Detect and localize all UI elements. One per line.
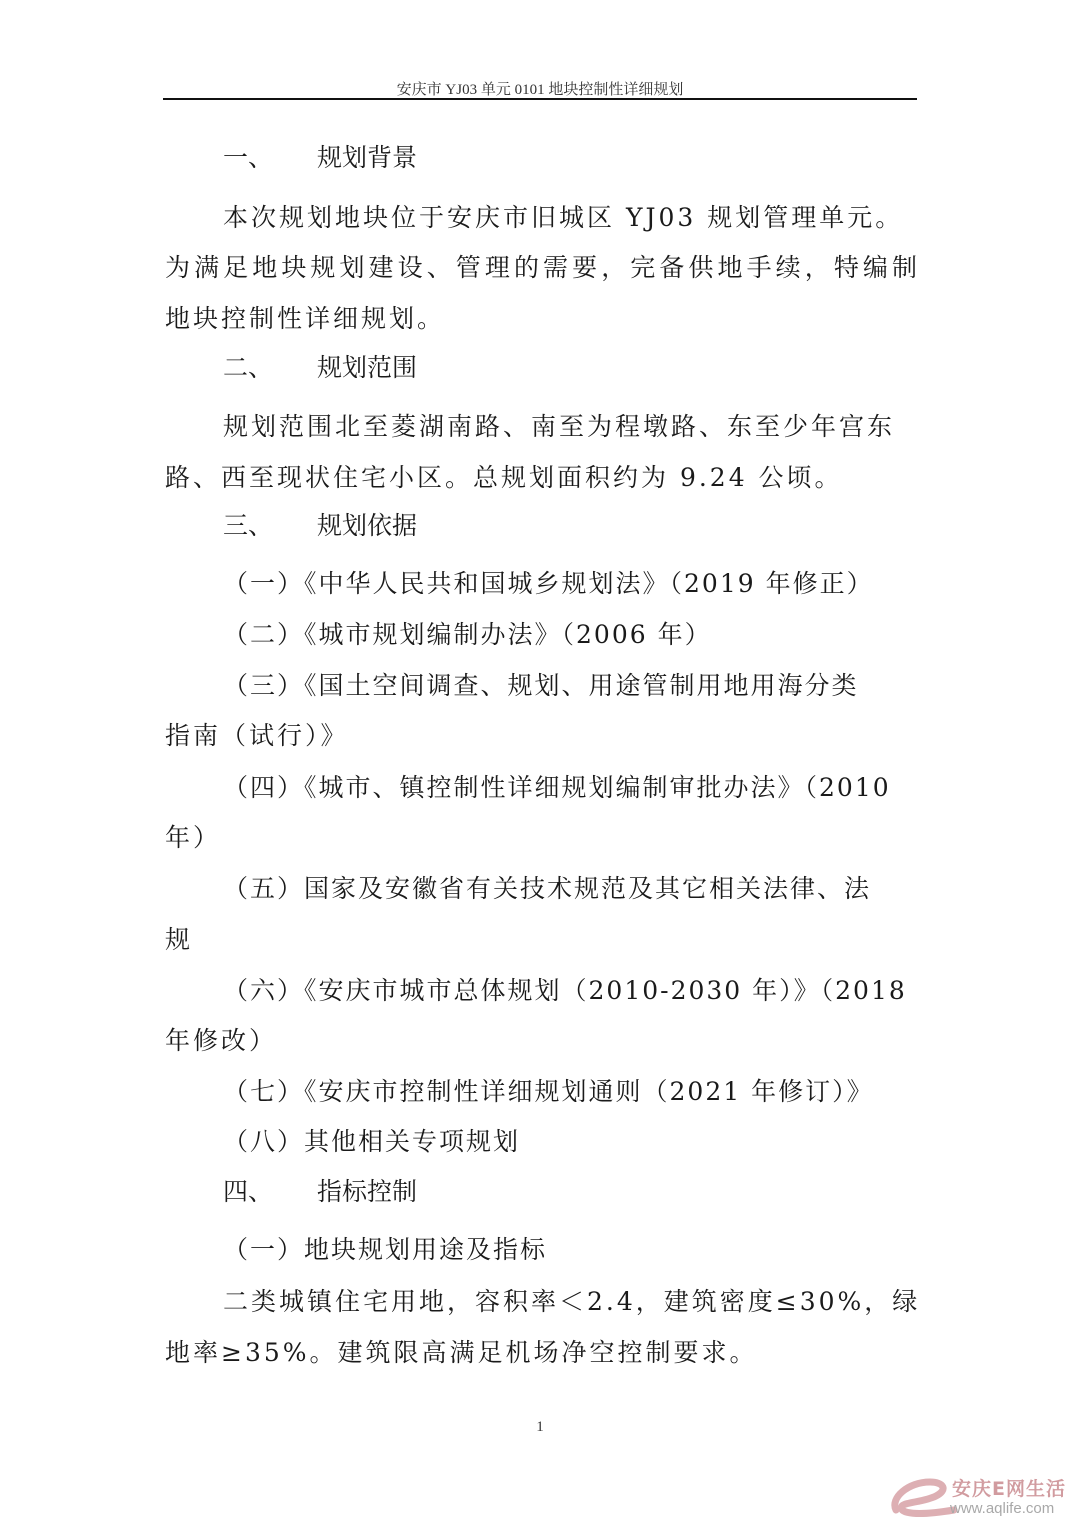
- paragraph-line: 本次规划地块位于安庆市旧城区 YJ03 规划管理单元。: [223, 203, 975, 233]
- section-number: 二、: [223, 353, 317, 383]
- reference-item: （八）其他相关专项规划: [223, 1127, 975, 1157]
- paragraph-line: 二类城镇住宅用地，容积率＜2.4，建筑密度≤30%，绿: [223, 1287, 917, 1317]
- section-title: 规划依据: [317, 511, 417, 540]
- paragraph-line: 为满足地块规划建设、管理的需要，完备供地手续，特编制: [165, 253, 917, 283]
- page-number: 1: [0, 1419, 1080, 1436]
- reference-item-continued: 规: [165, 925, 917, 955]
- running-header: 安庆市 YJ03 单元 0101 地块控制性详细规划: [0, 78, 1080, 99]
- reference-item: （七）《安庆市控制性详细规划通则（2021 年修订）》: [223, 1077, 975, 1107]
- reference-item: （五）国家及安徽省有关技术规范及其它相关法律、法: [223, 874, 975, 904]
- watermark: 安庆E网生活 www.aqlife.com: [888, 1470, 1078, 1525]
- reference-item: （六）《安庆市城市总体规划（2010-2030 年）》（2018: [223, 976, 975, 1006]
- reference-item: （一）《中华人民共和国城乡规划法》（2019 年修正）: [223, 569, 975, 599]
- section-title: 规划背景: [317, 143, 417, 172]
- reference-item: （四）《城市、镇控制性详细规划编制审批办法》（2010: [223, 773, 975, 803]
- reference-item: （三）《国土空间调查、规划、用途管制用地用海分类: [223, 671, 975, 701]
- section-heading-background: 一、规划背景: [223, 143, 975, 173]
- watermark-brand: 安庆E网生活: [952, 1474, 1066, 1501]
- paragraph-line: 路、西至现状住宅小区。总规划面积约为 9.24 公顷。: [165, 463, 917, 493]
- reference-item-continued: 年）: [165, 823, 917, 853]
- reference-item-continued: 指南（试行）》: [165, 721, 917, 751]
- paragraph-line: 规划范围北至菱湖南路、南至为程墩路、东至少年宫东: [223, 412, 917, 442]
- section-heading-basis: 三、规划依据: [223, 511, 975, 541]
- section-number: 三、: [223, 511, 317, 541]
- paragraph-line: 地率≥35%。建筑限高满足机场净空控制要求。: [165, 1338, 917, 1368]
- section-number: 一、: [223, 143, 317, 173]
- section-title: 指标控制: [317, 1177, 417, 1206]
- e-logo-icon: [888, 1470, 958, 1525]
- paragraph-line: 地块控制性详细规划。: [165, 304, 917, 334]
- section-title: 规划范围: [317, 353, 417, 382]
- section-number: 四、: [223, 1177, 317, 1207]
- reference-item: （二）《城市规划编制办法》（2006 年）: [223, 620, 975, 650]
- reference-item-continued: 年修改）: [165, 1026, 917, 1056]
- header-divider: [163, 98, 917, 100]
- section-heading-scope: 二、规划范围: [223, 353, 975, 383]
- section-heading-indicators: 四、指标控制: [223, 1177, 975, 1207]
- watermark-url: www.aqlife.com: [950, 1500, 1054, 1517]
- subheading: （一）地块规划用途及指标: [223, 1235, 975, 1265]
